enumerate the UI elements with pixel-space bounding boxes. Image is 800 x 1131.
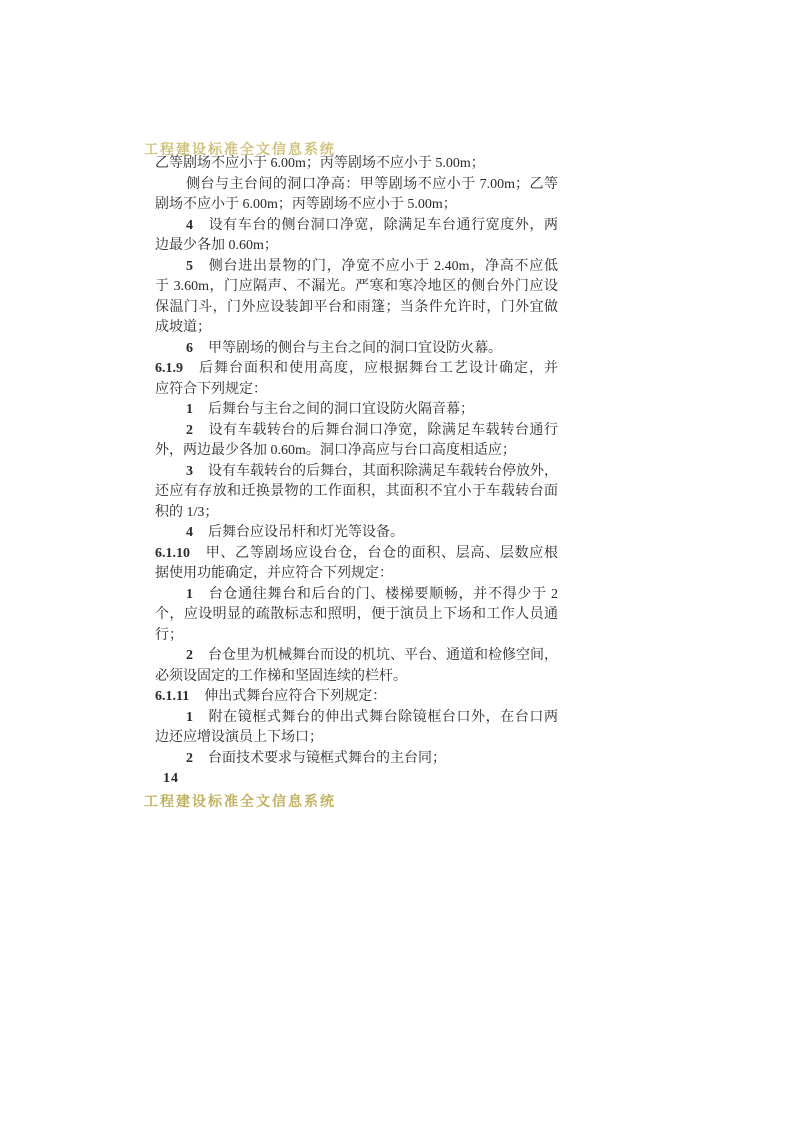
text-line: 个，应设明显的疏散标志和照明，便于演员上下场和工作人员通 (155, 605, 558, 626)
line-text: 还应有存放和迁换景物的工作面积，其面积不宜小于车载转台面 (155, 484, 558, 499)
item-number: 4 (186, 525, 193, 540)
line-text: 边最少各加 0.60m； (155, 238, 278, 253)
line-text: 设有车载转台的后舞台洞口净宽，除满足车载转台通行 (208, 423, 558, 438)
line-text: 个，应设明显的疏散标志和照明，便于演员上下场和工作人员通 (155, 607, 558, 622)
item-number: 3 (186, 464, 193, 479)
line-text: 积的 1/3； (155, 505, 218, 520)
document-page: 工程建设标准全文信息系统 乙等剧场不应小于 6.00m；丙等剧场不应小于 5.0… (0, 0, 800, 1131)
line-text: 剧场不应小于 6.00m；丙等剧场不应小于 5.00m； (155, 197, 457, 212)
text-line: 边最少各加 0.60m； (155, 236, 558, 257)
text-line: 3设有车载转台的后舞台，其面积除满足车载转台停放外， (155, 462, 558, 483)
line-text: 侧台进出景物的门，净宽不应小于 2.40m，净高不应低 (208, 259, 558, 274)
text-line: 保温门斗，门外应设装卸平台和雨篷；当条件允许时，门外宜做 (155, 298, 558, 319)
line-text: 台仓通往舞台和后台的门、楼梯要顺畅，并不得少于 2 (208, 587, 558, 602)
text-line: 必须设固定的工作梯和坚固连续的栏杆。 (155, 667, 558, 688)
line-text: 应符合下列规定： (155, 382, 267, 397)
line-text: 附在镜框式舞台的伸出式舞台除镜框台口外，在台口两 (208, 710, 558, 725)
item-number: 6 (186, 341, 193, 356)
line-text: 后舞台与主台之间的洞口宜设防火隔音幕； (208, 402, 474, 417)
text-line: 行； (155, 626, 558, 647)
text-line: 积的 1/3； (155, 503, 558, 524)
line-text: 设有车载转台的后舞台，其面积除满足车载转台停放外， (208, 464, 558, 479)
item-number: 2 (186, 751, 193, 766)
text-line: 成坡道； (155, 318, 558, 339)
text-line: 2设有车载转台的后舞台洞口净宽，除满足车载转台通行 (155, 421, 558, 442)
text-line: 于 3.60m，门应隔声、不漏光。严寒和寒冷地区的侧台外门应设 (155, 277, 558, 298)
footer-watermark: 工程建设标准全文信息系统 (144, 791, 336, 811)
line-text: 行； (155, 628, 183, 643)
line-text: 保温门斗，门外应设装卸平台和雨篷；当条件允许时，门外宜做 (155, 300, 558, 315)
line-text: 乙等剧场不应小于 6.00m；丙等剧场不应小于 5.00m； (155, 156, 485, 171)
text-line: 还应有存放和迁换景物的工作面积，其面积不宜小于车载转台面 (155, 482, 558, 503)
document-body: 乙等剧场不应小于 6.00m；丙等剧场不应小于 5.00m； 侧台与主台间的洞口… (155, 154, 558, 790)
line-text: 甲等剧场的侧台与主台之间的洞口宜设防火幕。 (208, 341, 502, 356)
item-number: 4 (186, 218, 193, 233)
item-number: 1 (186, 402, 193, 417)
text-line: 1台仓通往舞台和后台的门、楼梯要顺畅，并不得少于 2 (155, 585, 558, 606)
line-text: 边还应增设演员上下场口； (155, 730, 323, 745)
line-text: 据使用功能确定，并应符合下列规定： (155, 566, 393, 581)
line-text: 伸出式舞台应符合下列规定： (204, 689, 386, 704)
page-number: 14 (155, 769, 558, 790)
line-text: 台仓里为机械舞台而设的机坑、平台、通道和检修空间， (208, 648, 558, 663)
item-number: 2 (186, 423, 193, 438)
text-line: 边还应增设演员上下场口； (155, 728, 558, 749)
item-number: 2 (186, 648, 193, 663)
line-text: 侧台与主台间的洞口净高：甲等剧场不应小于 7.00m；乙等 (186, 177, 558, 192)
line-text: 必须设固定的工作梯和坚固连续的栏杆。 (155, 669, 407, 684)
line-text: 外，两边最少各加 0.60m。洞口净高应与台口高度相适应； (155, 443, 516, 458)
line-text: 成坡道； (155, 320, 211, 335)
text-line: 乙等剧场不应小于 6.00m；丙等剧场不应小于 5.00m； (155, 154, 558, 175)
text-line: 4设有车台的侧台洞口净宽，除满足车台通行宽度外，两 (155, 216, 558, 237)
line-text: 于 3.60m，门应隔声、不漏光。严寒和寒冷地区的侧台外门应设 (155, 279, 558, 294)
text-line: 剧场不应小于 6.00m；丙等剧场不应小于 5.00m； (155, 195, 558, 216)
item-number: 5 (186, 259, 193, 274)
section-number: 6.1.9 (155, 361, 183, 376)
line-text: 后舞台面积和使用高度，应根据舞台工艺设计确定，并 (198, 361, 558, 376)
line-text: 甲、乙等剧场应设台仓，台仓的面积、层高、层数应根 (205, 546, 558, 561)
text-line: 外，两边最少各加 0.60m。洞口净高应与台口高度相适应； (155, 441, 558, 462)
text-line: 2台面技术要求与镜框式舞台的主台同； (155, 749, 558, 770)
section-number: 6.1.10 (155, 546, 190, 561)
text-line: 侧台与主台间的洞口净高：甲等剧场不应小于 7.00m；乙等 (155, 175, 558, 196)
line-text: 后舞台应设吊杆和灯光等设备。 (208, 525, 404, 540)
text-line: 4后舞台应设吊杆和灯光等设备。 (155, 523, 558, 544)
item-number: 1 (186, 710, 193, 725)
text-line: 应符合下列规定： (155, 380, 558, 401)
text-line: 据使用功能确定，并应符合下列规定： (155, 564, 558, 585)
section-number: 6.1.11 (155, 689, 189, 704)
text-line: 5侧台进出景物的门，净宽不应小于 2.40m，净高不应低 (155, 257, 558, 278)
text-line: 6甲等剧场的侧台与主台之间的洞口宜设防火幕。 (155, 339, 558, 360)
text-line: 1后舞台与主台之间的洞口宜设防火隔音幕； (155, 400, 558, 421)
text-line: 6.1.11伸出式舞台应符合下列规定： (155, 687, 558, 708)
text-line: 6.1.10甲、乙等剧场应设台仓，台仓的面积、层高、层数应根 (155, 544, 558, 565)
line-text: 台面技术要求与镜框式舞台的主台同； (208, 751, 446, 766)
line-text: 设有车台的侧台洞口净宽，除满足车台通行宽度外，两 (208, 218, 558, 233)
text-line: 6.1.9后舞台面积和使用高度，应根据舞台工艺设计确定，并 (155, 359, 558, 380)
item-number: 1 (186, 587, 193, 602)
text-line: 2台仓里为机械舞台而设的机坑、平台、通道和检修空间， (155, 646, 558, 667)
text-line: 1附在镜框式舞台的伸出式舞台除镜框台口外，在台口两 (155, 708, 558, 729)
